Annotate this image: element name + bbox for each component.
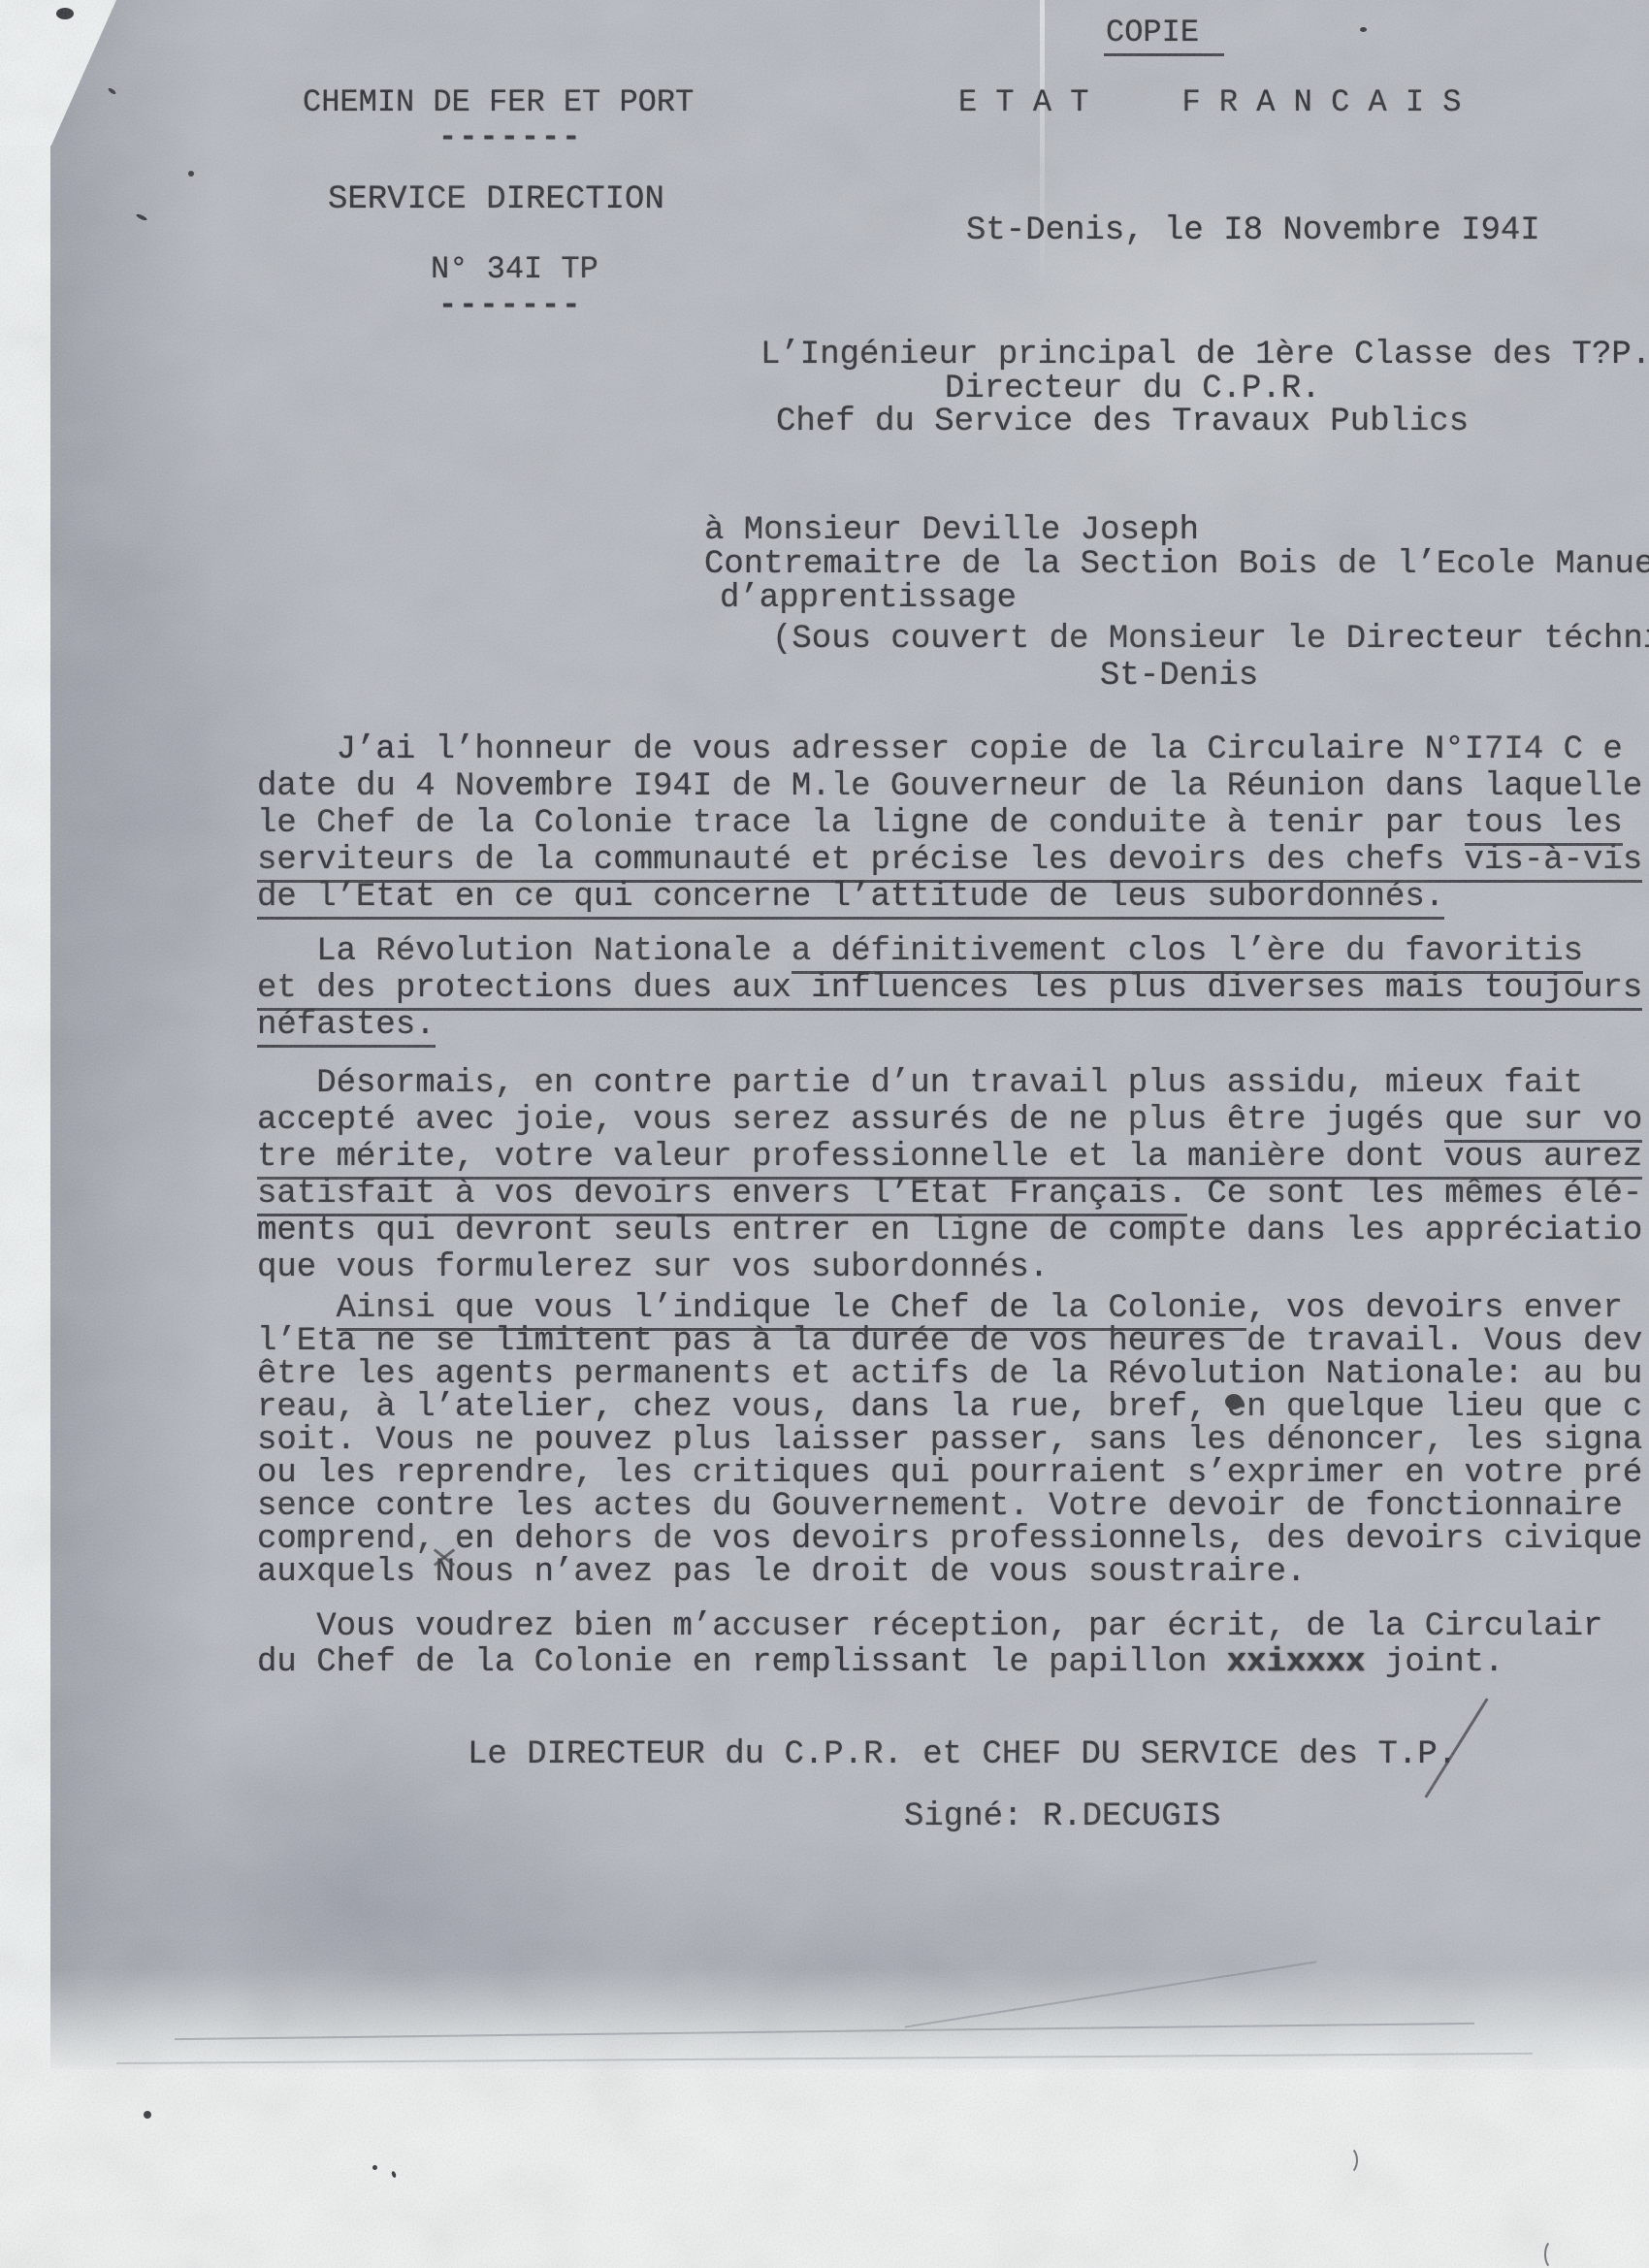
para3-line6: que vous formulerez sur vos subordonnés. [257,1248,1049,1287]
dateline: St-Denis, le I8 Novembre I94I [966,211,1540,250]
scanner-bed-strip [0,0,50,2268]
para3-line5: ments qui devront seuls entrer en ligne … [257,1212,1642,1250]
scan-speckle [391,2171,397,2179]
recipient-line-5: St-Denis [1100,657,1258,696]
scan-edge-shadow [50,0,215,2066]
scan-speckle [56,8,74,19]
signature-line: Signé: R.DECUGIS [904,1798,1220,1836]
recipient-line-2: Contremaitre de la Section Bois de l’Eco… [704,545,1649,584]
underlined-text: de l’Etat en ce qui concerne l’attitude … [257,879,1444,920]
para1-line5: de l’Etat en ce qui concerne l’attitude … [257,878,1444,917]
paper-crease [116,2053,1533,2064]
org-separator: ------- [438,118,582,157]
text: Désormais, en contre partie d’un travail… [257,1065,1583,1102]
recipient-line-3: d’apprentissage [720,579,1017,618]
sender-line-3: Chef du Service des Travaux Publics [776,403,1469,441]
para1-line4: serviteurs de la communauté et précise l… [257,841,1642,880]
text: accepté avec joie, vous serez assurés de… [257,1102,1444,1139]
scanned-letter-page: COPIE CHEMIN DE FER ET PORT ------- E T … [0,0,1649,2268]
underlined-text: et des protections dues aux influences l… [257,970,1642,1011]
text: date du 4 Novembre I94I de M.le Gouverne… [257,768,1642,805]
para3-line4: satisfait à vos devoirs envers l’Etat Fr… [257,1175,1642,1214]
para2-line2: et des protections dues aux influences l… [257,969,1642,1008]
underlined-text: tre mérite, votre valeur professionnelle… [257,1139,1642,1180]
text: J’ai l’honneur de vous adresser copie de… [257,731,1623,768]
para2-line3: néfastes. [257,1006,436,1045]
para1-line1: J’ai l’honneur de vous adresser copie de… [257,730,1623,769]
underlined-text: tous les [1465,805,1623,846]
ref-separator: ------- [438,286,582,325]
ref-number: N° 34I TP [431,250,598,289]
scan-speckle [1360,27,1367,32]
scan-speckle [188,171,194,177]
copie-label: COPIE [1104,14,1224,52]
scan-speckle [136,213,148,222]
para1-line2: date du 4 Novembre I94I de M.le Gouverne… [257,767,1642,806]
recipient-line-1: à Monsieur Deville Joseph [704,511,1199,550]
text: que vous formulerez sur vos subordonnés. [257,1249,1049,1286]
text: Vous voudrez bien m’accuser réception, p… [257,1608,1602,1645]
scanner-bed-bottom [0,2069,1649,2268]
scan-speckle [372,2165,377,2170]
para5-line1: Vous voudrez bien m’accuser réception, p… [257,1607,1602,1646]
para3-line3: tre mérite, votre valeur professionnelle… [257,1138,1642,1177]
paper-crease [175,2023,1474,2040]
para3-line1: Désormais, en contre partie d’un travail… [257,1064,1583,1103]
service-direction: SERVICE DIRECTION [328,180,664,219]
para2-line1: La Révolution Nationale a définitivement… [257,932,1583,971]
recipient-line-4: (Sous couvert de Monsieur le Directeur t… [772,620,1649,659]
text: La Révolution Nationale [257,933,792,970]
scan-mark-arc [1544,2239,1564,2268]
sender-line-1: L’Ingénieur principal de 1ère Classe des… [760,336,1649,374]
struck-out-word: xxixxxx [1227,1644,1366,1681]
scanner-bed-corner [0,0,116,146]
underlined-text: que sur vo [1444,1102,1642,1143]
scan-blotch [291,1843,1455,2095]
text: joint. [1366,1644,1504,1681]
copie-text: COPIE [1104,15,1224,56]
text: du Chef de la Colonie en remplissant le … [257,1644,1227,1681]
para1-line3: le Chef de la Colonie trace la ligne de … [257,804,1623,843]
scan-mark-arc [1337,2146,1358,2175]
text: auxquels Nous n’avez pas le droit de vou… [257,1554,1306,1591]
text: ments qui devront seuls entrer en ligne … [257,1213,1642,1249]
closing-line: Le DIRECTEUR du C.P.R. et CHEF DU SERVIC… [468,1735,1457,1774]
para5-line2: du Chef de la Colonie en remplissant le … [257,1643,1503,1682]
para4-line9: auxquels Nous n’avez pas le droit de vou… [257,1553,1306,1592]
underlined-text: néfastes. [257,1007,436,1048]
etat-francais: E T A T F R A N C A I S [958,83,1461,122]
underlined-text: satisfait à vos devoirs envers l’Etat Fr… [257,1176,1187,1216]
text: le Chef de la Colonie trace la ligne de … [257,805,1465,842]
org-name: CHEMIN DE FER ET PORT [303,83,694,122]
paper-crease [904,1960,1316,2027]
underlined-text: a définitivement clos l’ère du favoritis [792,933,1583,974]
underlined-text: serviteurs de la communauté et précise l… [257,842,1642,883]
scan-speckle [108,87,117,95]
paper-bottom-fade [0,1969,1649,2071]
scan-speckle [144,2111,151,2119]
para3-line2: accepté avec joie, vous serez assurés de… [257,1101,1642,1140]
text: Ce sont les mêmes élé- [1187,1176,1642,1213]
